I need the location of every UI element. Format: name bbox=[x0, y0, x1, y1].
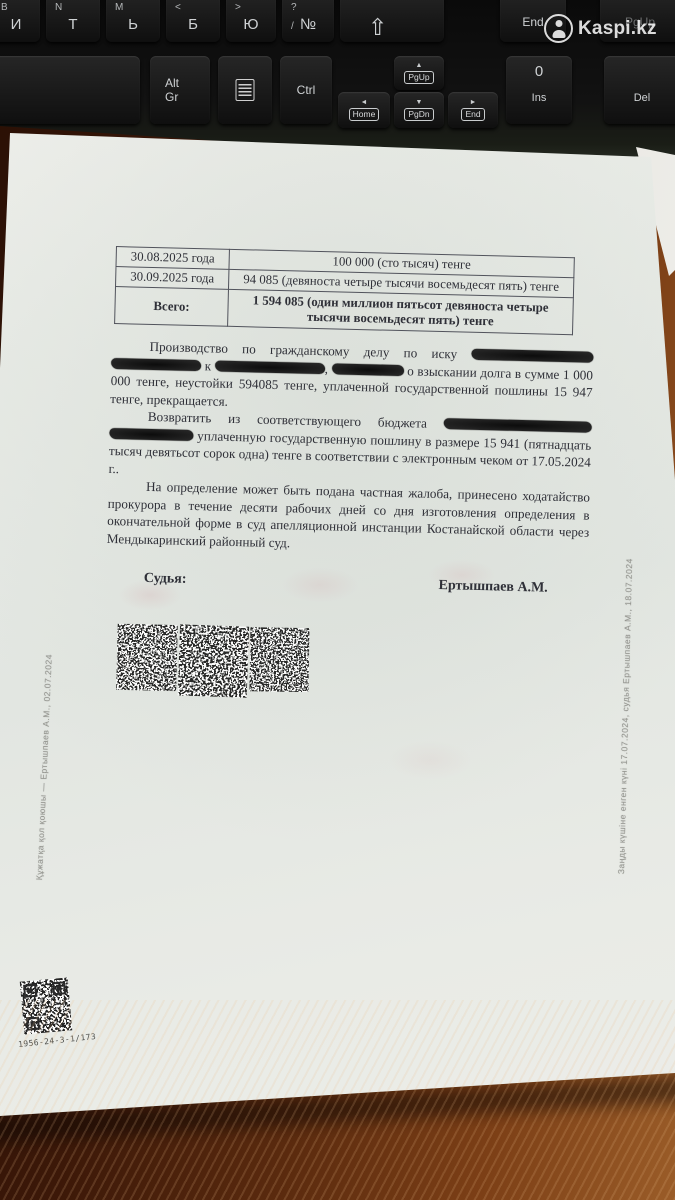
redacted-name bbox=[331, 363, 403, 376]
redacted-name bbox=[444, 418, 592, 433]
key-main-label: PgDn bbox=[404, 108, 433, 121]
paragraph-text: Производство по гражданскому делу по иск… bbox=[149, 339, 471, 362]
payment-schedule-table: 30.08.2025 года 100 000 (сто тысяч) тенг… bbox=[114, 246, 575, 335]
qr-finder-icon bbox=[26, 1017, 40, 1031]
paragraph-text: к bbox=[201, 358, 215, 373]
key-main-label: Т bbox=[68, 16, 77, 33]
key-main-label: End bbox=[522, 15, 543, 29]
kaspi-logo-icon bbox=[544, 14, 573, 43]
kaspi-watermark: Kaspi.kz bbox=[544, 14, 657, 43]
key-altgr: Alt Gr bbox=[150, 56, 210, 124]
total-label: Всего: bbox=[115, 287, 229, 327]
key-sub-label: M bbox=[115, 2, 123, 13]
key-end-nav: ► End bbox=[448, 92, 498, 128]
signer-note-left: Құжатқа қол қоюшы — Ертышпаев А.М., 02.0… bbox=[34, 654, 54, 881]
key-extra-label: / bbox=[291, 21, 294, 32]
down-arrow-icon: ▼ bbox=[416, 99, 423, 107]
key-main-label: End bbox=[461, 108, 484, 121]
datamatrix-stamp bbox=[255, 632, 305, 686]
photo-court-document-on-desk: B И N Т M Ь < Б > Ю ? / № ⇧ End bbox=[0, 0, 675, 1200]
court-ruling-content: 30.08.2025 года 100 000 (сто тысяч) тенг… bbox=[103, 246, 596, 699]
key-home: ◄ Home bbox=[338, 92, 390, 128]
key-numero: ? / № bbox=[282, 0, 334, 42]
key-main-label: Alt Gr bbox=[165, 76, 195, 104]
key-main-label: № bbox=[300, 16, 316, 33]
ruling-paragraph-appeal: На определение может быть подана частная… bbox=[107, 477, 591, 559]
datamatrix-stamp bbox=[184, 630, 243, 691]
judge-name: Ертышпаев А.М. bbox=[438, 577, 548, 597]
key-main-label: Ю bbox=[243, 16, 258, 33]
ruling-paragraph-refund: Возвратить из соответствующего бюджета у… bbox=[108, 407, 592, 489]
redacted-name bbox=[111, 357, 201, 370]
key-sub-label: Ins bbox=[532, 92, 547, 104]
qr-finder-icon bbox=[52, 981, 66, 995]
key-yu: > Ю bbox=[226, 0, 276, 42]
key-b: < Б bbox=[166, 0, 220, 42]
ruling-paragraph-termination: Производство по гражданскому делу по иск… bbox=[110, 337, 594, 419]
shift-arrow-icon: ⇧ bbox=[368, 14, 387, 41]
key-shift: ⇧ bbox=[340, 0, 444, 42]
up-arrow-icon: ▲ bbox=[416, 62, 423, 70]
key-del: Del bbox=[604, 56, 675, 124]
key-main-label: Ctrl bbox=[297, 83, 316, 97]
case-number: 1956-24-3-1/173 bbox=[18, 1032, 97, 1049]
payment-date: 30.09.2025 года bbox=[116, 267, 229, 290]
document-page: 30.08.2025 года 100 000 (сто тысяч) тенг… bbox=[0, 0, 675, 1200]
key-blank bbox=[0, 56, 140, 124]
redacted-name bbox=[471, 349, 593, 363]
redacted-name bbox=[215, 360, 325, 374]
redacted-name bbox=[109, 427, 193, 440]
watermark-brand-text: Kaspi.kz bbox=[578, 18, 657, 40]
key-i: B И bbox=[0, 0, 40, 42]
judge-label: Судья: bbox=[144, 570, 187, 589]
right-arrow-icon: ► bbox=[470, 99, 477, 107]
payment-date: 30.08.2025 года bbox=[116, 247, 229, 270]
key-main-label: Б bbox=[188, 16, 198, 33]
key-sub-label: < bbox=[175, 2, 181, 13]
qr-finder-icon bbox=[23, 984, 37, 998]
signature-row: Судья: Ертышпаев А.М. bbox=[106, 569, 588, 598]
key-menu bbox=[218, 56, 272, 124]
key-main-label: 0 bbox=[535, 63, 543, 80]
key-pgdn: ▼ PgDn bbox=[394, 92, 444, 128]
datamatrix-stamp bbox=[121, 629, 172, 685]
key-main-label: И bbox=[11, 16, 22, 33]
key-sub-label: > bbox=[235, 2, 241, 13]
legal-force-note-right: Заңды күшіне енген күні 17.07.2024, судь… bbox=[616, 558, 634, 874]
paragraph-text: , bbox=[325, 361, 332, 376]
key-sub-label: N bbox=[55, 2, 62, 13]
qr-code bbox=[24, 982, 68, 1029]
key-pgup-nav: ▲ PgUp bbox=[394, 56, 444, 90]
key-sub-label: B bbox=[1, 2, 8, 13]
key-main-label: Ь bbox=[128, 16, 138, 33]
left-arrow-icon: ◄ bbox=[361, 99, 368, 107]
key-sub-label: ? bbox=[291, 2, 297, 13]
key-soft-sign: M Ь bbox=[106, 0, 160, 42]
key-ctrl: Ctrl bbox=[280, 56, 332, 124]
key-main-label: Del bbox=[634, 92, 651, 104]
key-main-label: Home bbox=[349, 108, 380, 121]
digital-signature-stamps bbox=[121, 629, 586, 699]
menu-key-icon bbox=[236, 79, 255, 101]
key-0-ins: 0 Ins bbox=[506, 56, 572, 124]
key-main-label: PgUp bbox=[404, 71, 433, 84]
total-amount: 1 594 085 (один миллион пятьсот девяност… bbox=[228, 289, 574, 334]
key-t: N Т bbox=[46, 0, 100, 42]
